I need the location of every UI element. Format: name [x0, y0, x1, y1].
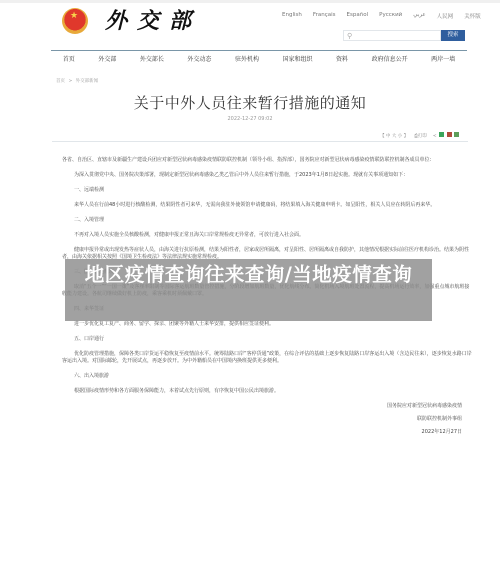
- site-logo[interactable]: 外交部: [105, 4, 201, 35]
- signature-date: 2022年12月27日: [62, 429, 462, 436]
- article-paragraph: 各省、自治区、直辖市及新疆生产建设兵团应对新型冠状病毒感染疫情联防联控机制（领导…: [62, 157, 472, 164]
- language-bar: English Français Español Русский عربي 人民…: [282, 12, 492, 20]
- article-divider: [52, 141, 468, 142]
- nav-item-home[interactable]: 首页: [63, 54, 75, 63]
- article-paragraph: 优化防疫管理措施，保障各类口岸货运平稳恢复至疫情前水平。统筹陆路口岸“客停货通”…: [62, 351, 472, 365]
- search-button[interactable]: 搜索: [441, 30, 465, 41]
- article-tools: 【 中 大 小 】 ⎙打印 <: [380, 132, 459, 139]
- breadcrumb-home[interactable]: 首页: [56, 79, 65, 84]
- share-icon: <: [433, 134, 437, 139]
- font-size-selector[interactable]: 【 中 大 小 】: [380, 133, 408, 139]
- section-heading: 五、口岸通行: [62, 336, 472, 343]
- wechat-share-icon[interactable]: [439, 132, 444, 137]
- link-accessibility[interactable]: 关怀版: [464, 12, 481, 20]
- nav-item-news[interactable]: 外交动态: [187, 54, 211, 63]
- lang-english[interactable]: English: [282, 12, 302, 20]
- search-icon: ⚲: [347, 31, 352, 41]
- main-nav: 首页 外交部 外交部长 外交动态 驻外机构 国家和组织 资料 政府信息公开 两岸…: [51, 51, 467, 65]
- article-paragraph: 进一步优化复工复产、商务、留学、探亲、团聚等外籍人士来华安排，提供相应签证便利。: [62, 321, 472, 328]
- article-paragraph: 根据国际疫情形势和各方面服务保障能力，本着试点先行原则，有序恢复中国公民出境旅游…: [62, 388, 472, 395]
- nav-item-minister[interactable]: 外交部长: [140, 54, 164, 63]
- site-header: 外交部 English Français Español Русский عرب…: [0, 0, 500, 50]
- breadcrumb-separator: >: [68, 79, 72, 84]
- section-heading: 六、出入境旅游: [62, 373, 472, 380]
- article-paragraph: 为深入贯彻党中央、国务院决策部署，现制定新型冠状病毒感染乙类乙管后中外人员往来暂…: [62, 172, 472, 179]
- nav-item-resources[interactable]: 资料: [336, 54, 348, 63]
- link-people-daily[interactable]: 人民网: [437, 12, 454, 20]
- nav-item-ministry[interactable]: 外交部: [98, 54, 116, 63]
- weibo-share-icon[interactable]: [447, 132, 452, 137]
- qzone-share-icon[interactable]: [454, 132, 459, 137]
- article-paragraph: 不再对入境人员实施全员核酸检测，对健康申报正常且海关口岸常规检疫无异常者，可放行…: [62, 232, 472, 239]
- article-title: 关于中外人员往来暂行措施的通知: [0, 92, 500, 113]
- search-input[interactable]: ⚲: [343, 30, 441, 41]
- lang-french[interactable]: Français: [313, 12, 336, 20]
- lang-spanish[interactable]: Español: [347, 12, 369, 20]
- signature-org: 国务院应对新型冠状病毒感染疫情: [62, 403, 462, 410]
- nav-item-countries[interactable]: 国家和组织: [283, 54, 313, 63]
- nav-item-gov-info[interactable]: 政府信息公开: [372, 54, 408, 63]
- breadcrumb-news[interactable]: 外交部新闻: [76, 79, 99, 84]
- breadcrumb: 首页 > 外交部新闻: [56, 78, 100, 84]
- section-heading: 一、远端检测: [62, 187, 472, 194]
- lang-russian[interactable]: Русский: [379, 12, 402, 20]
- lang-arabic[interactable]: عربي: [413, 12, 425, 20]
- share-group: <: [433, 132, 459, 139]
- signature-group: 联防联控机制外事组: [62, 416, 462, 423]
- article-paragraph: 来华人员在行前48小时进行核酸检测，结果阴性者可来华，无需向我驻外使领馆申请健康…: [62, 202, 472, 209]
- nav-item-cross-strait[interactable]: 两岸一墙: [431, 54, 455, 63]
- print-button[interactable]: ⎙打印: [414, 133, 427, 139]
- national-emblem-icon[interactable]: [62, 8, 88, 34]
- article-date: 2022-12-27 09:02: [0, 116, 500, 122]
- overlay-title: 地区疫情查询往来查询/当地疫情查询: [65, 262, 432, 288]
- nav-item-missions[interactable]: 驻外机构: [235, 54, 259, 63]
- section-heading: 二、入境管理: [62, 217, 472, 224]
